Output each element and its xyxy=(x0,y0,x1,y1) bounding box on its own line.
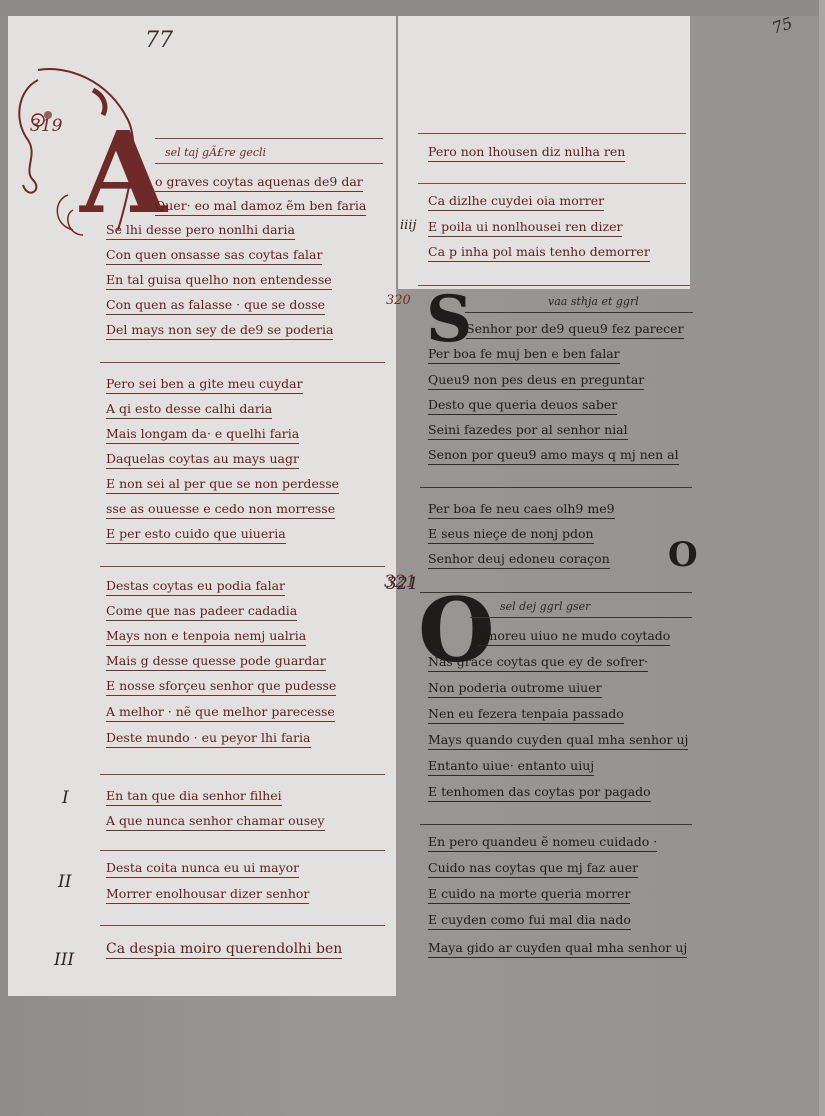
ruled-line xyxy=(418,133,686,134)
column-divider xyxy=(396,16,398,289)
verse-line: E non sei al per que se non perdesse xyxy=(106,478,339,494)
verse-line: E cuido na morte queria morrer xyxy=(428,888,630,904)
rubric-left: sel taj gÃ£re gecli xyxy=(165,146,266,159)
verse-line: Non poderia outrome uiuer xyxy=(428,682,602,698)
page-right-edge xyxy=(819,0,825,1116)
ruled-line xyxy=(100,362,385,363)
verse-line: Ca despia moiro querendolhi ben xyxy=(106,942,342,959)
ruled-line xyxy=(465,312,693,313)
verse-line: Morrer enolhousar dizer senhor xyxy=(106,888,309,904)
verse-line: A qi esto desse calhi daria xyxy=(106,403,272,419)
verse-line: Daquelas coytas au mays uagr xyxy=(106,453,299,469)
verse-line: Deste mundo · eu peyor lhi faria xyxy=(106,732,311,748)
folio-number-left: 77 xyxy=(145,28,173,53)
verse-line: Queu9 non pes deus en preguntar xyxy=(428,374,644,390)
ruled-line xyxy=(155,163,383,164)
verse-line: Mays non e tenpoia nemj ualria xyxy=(106,630,306,646)
verse-line: Con quen onsasse sas coytas falar xyxy=(106,249,322,265)
verse-line: Destas coytas eu podia falar xyxy=(106,580,285,596)
ruled-line xyxy=(420,487,692,488)
verse-line: Seini fazedes por al senhor nial xyxy=(428,424,628,440)
verse-line: omoreu uiuo ne mudo coytado xyxy=(478,630,670,646)
verse-line: En tal guisa quelho non entendesse xyxy=(106,274,332,290)
initial-s: S xyxy=(426,288,472,352)
verse-line: Maya gido ar cuyden qual mha senhor uj xyxy=(428,942,687,958)
verse-line: En tan que dia senhor filhei xyxy=(106,790,282,806)
ruled-line xyxy=(470,617,692,618)
verse-line: sse as ouuesse e cedo non morresse xyxy=(106,503,335,519)
refrain-line: Senhor deuj edoneu coraçon xyxy=(428,553,610,569)
ruled-line xyxy=(418,183,686,184)
verse-line: A melhor · nẽ que melhor parecesse xyxy=(106,706,335,722)
refrain-line: E seus nieçe de nonj pdon xyxy=(428,528,594,544)
verse-line: o graves coytas aquenas de9 dar xyxy=(155,176,363,192)
ruled-line xyxy=(100,850,385,851)
verse-line: Nas grãce coytas que ey de sofrer· xyxy=(428,656,648,672)
ruled-line xyxy=(155,138,383,139)
verse-line: Pero sei ben a gite meu cuydar xyxy=(106,378,303,394)
ruled-line xyxy=(100,774,385,775)
verse-line: Senhor por de9 queu9 fez parecer xyxy=(466,323,684,339)
verse-line: E per esto cuido que uiueria xyxy=(106,528,286,544)
verse-line: Mays quando cuyden qual mha senhor uj xyxy=(428,734,688,750)
ruled-line xyxy=(100,925,385,926)
verse-line: E cuyden como fui mal dia nado xyxy=(428,914,631,930)
verse-line: Se lhi desse pero nonlhi daria xyxy=(106,224,295,240)
ruled-line xyxy=(420,824,692,825)
verse-line: Quer· eo mal damoz ẽm ben faria xyxy=(155,200,366,216)
verse-line: Entanto uiue· entanto uiuj xyxy=(428,760,594,776)
verse-line: E nosse sforçeu senhor que pudesse xyxy=(106,680,336,696)
poem-number-320: 320 xyxy=(386,293,411,308)
verse-line: A que nunca senhor chamar ousey xyxy=(106,815,325,831)
verse-line: Cuido nas coytas que mj faz auer xyxy=(428,862,638,878)
marginal-o-mark: O xyxy=(668,538,698,572)
rubric-321: sel dej ggrl gser xyxy=(500,600,590,613)
verse-line: En pero quandeu ẽ nomeu cuidado · xyxy=(428,836,657,852)
margin-mark: III xyxy=(54,950,74,970)
verse-line: Con quen as falasse · que se dosse xyxy=(106,299,325,315)
poem-number-321: 321 xyxy=(386,574,418,594)
verse-line: Nen eu fezera tenpaia passado xyxy=(428,708,624,724)
verse-line: Come que nas padeer cadadia xyxy=(106,605,297,621)
verse-line: E tenhomen das coytas por pagado xyxy=(428,786,651,802)
verse-line: Mais longam da· e quelhi faria xyxy=(106,428,299,444)
verse-line: Desto que queria deuos saber xyxy=(428,399,617,415)
verse-line: Ca dizlhe cuydei oia morrer xyxy=(428,195,604,211)
margin-mark: I xyxy=(62,788,69,808)
verse-line: Del mays non sey de de9 se poderia xyxy=(106,324,333,340)
page-top-edge xyxy=(0,0,825,16)
margin-mark: II xyxy=(58,872,71,892)
ruled-line xyxy=(100,566,385,567)
verse-line: Mais g desse quesse pode guardar xyxy=(106,655,326,671)
verse-line: E poila ui nonlhousei ren dizer xyxy=(428,221,622,237)
verse-line: Per boa fe muj ben e ben falar xyxy=(428,348,620,364)
verse-line: Desta coita nunca eu ui mayor xyxy=(106,862,299,878)
poem-number-319: 319 xyxy=(30,116,62,136)
refrain-line: Per boa fe neu caes olh9 me9 xyxy=(428,503,615,519)
rubric-320: vaa sthja et ggrl xyxy=(548,295,639,308)
verse-line: Senon por queu9 amo mays q mj nen al xyxy=(428,449,679,465)
margin-mark: iiij xyxy=(400,218,417,233)
verse-line: Pero non lhousen diz nulha ren xyxy=(428,146,625,162)
illuminated-initial-a: A xyxy=(80,118,167,230)
verse-line: Ca p inha pol mais tenho demorrer xyxy=(428,246,650,262)
